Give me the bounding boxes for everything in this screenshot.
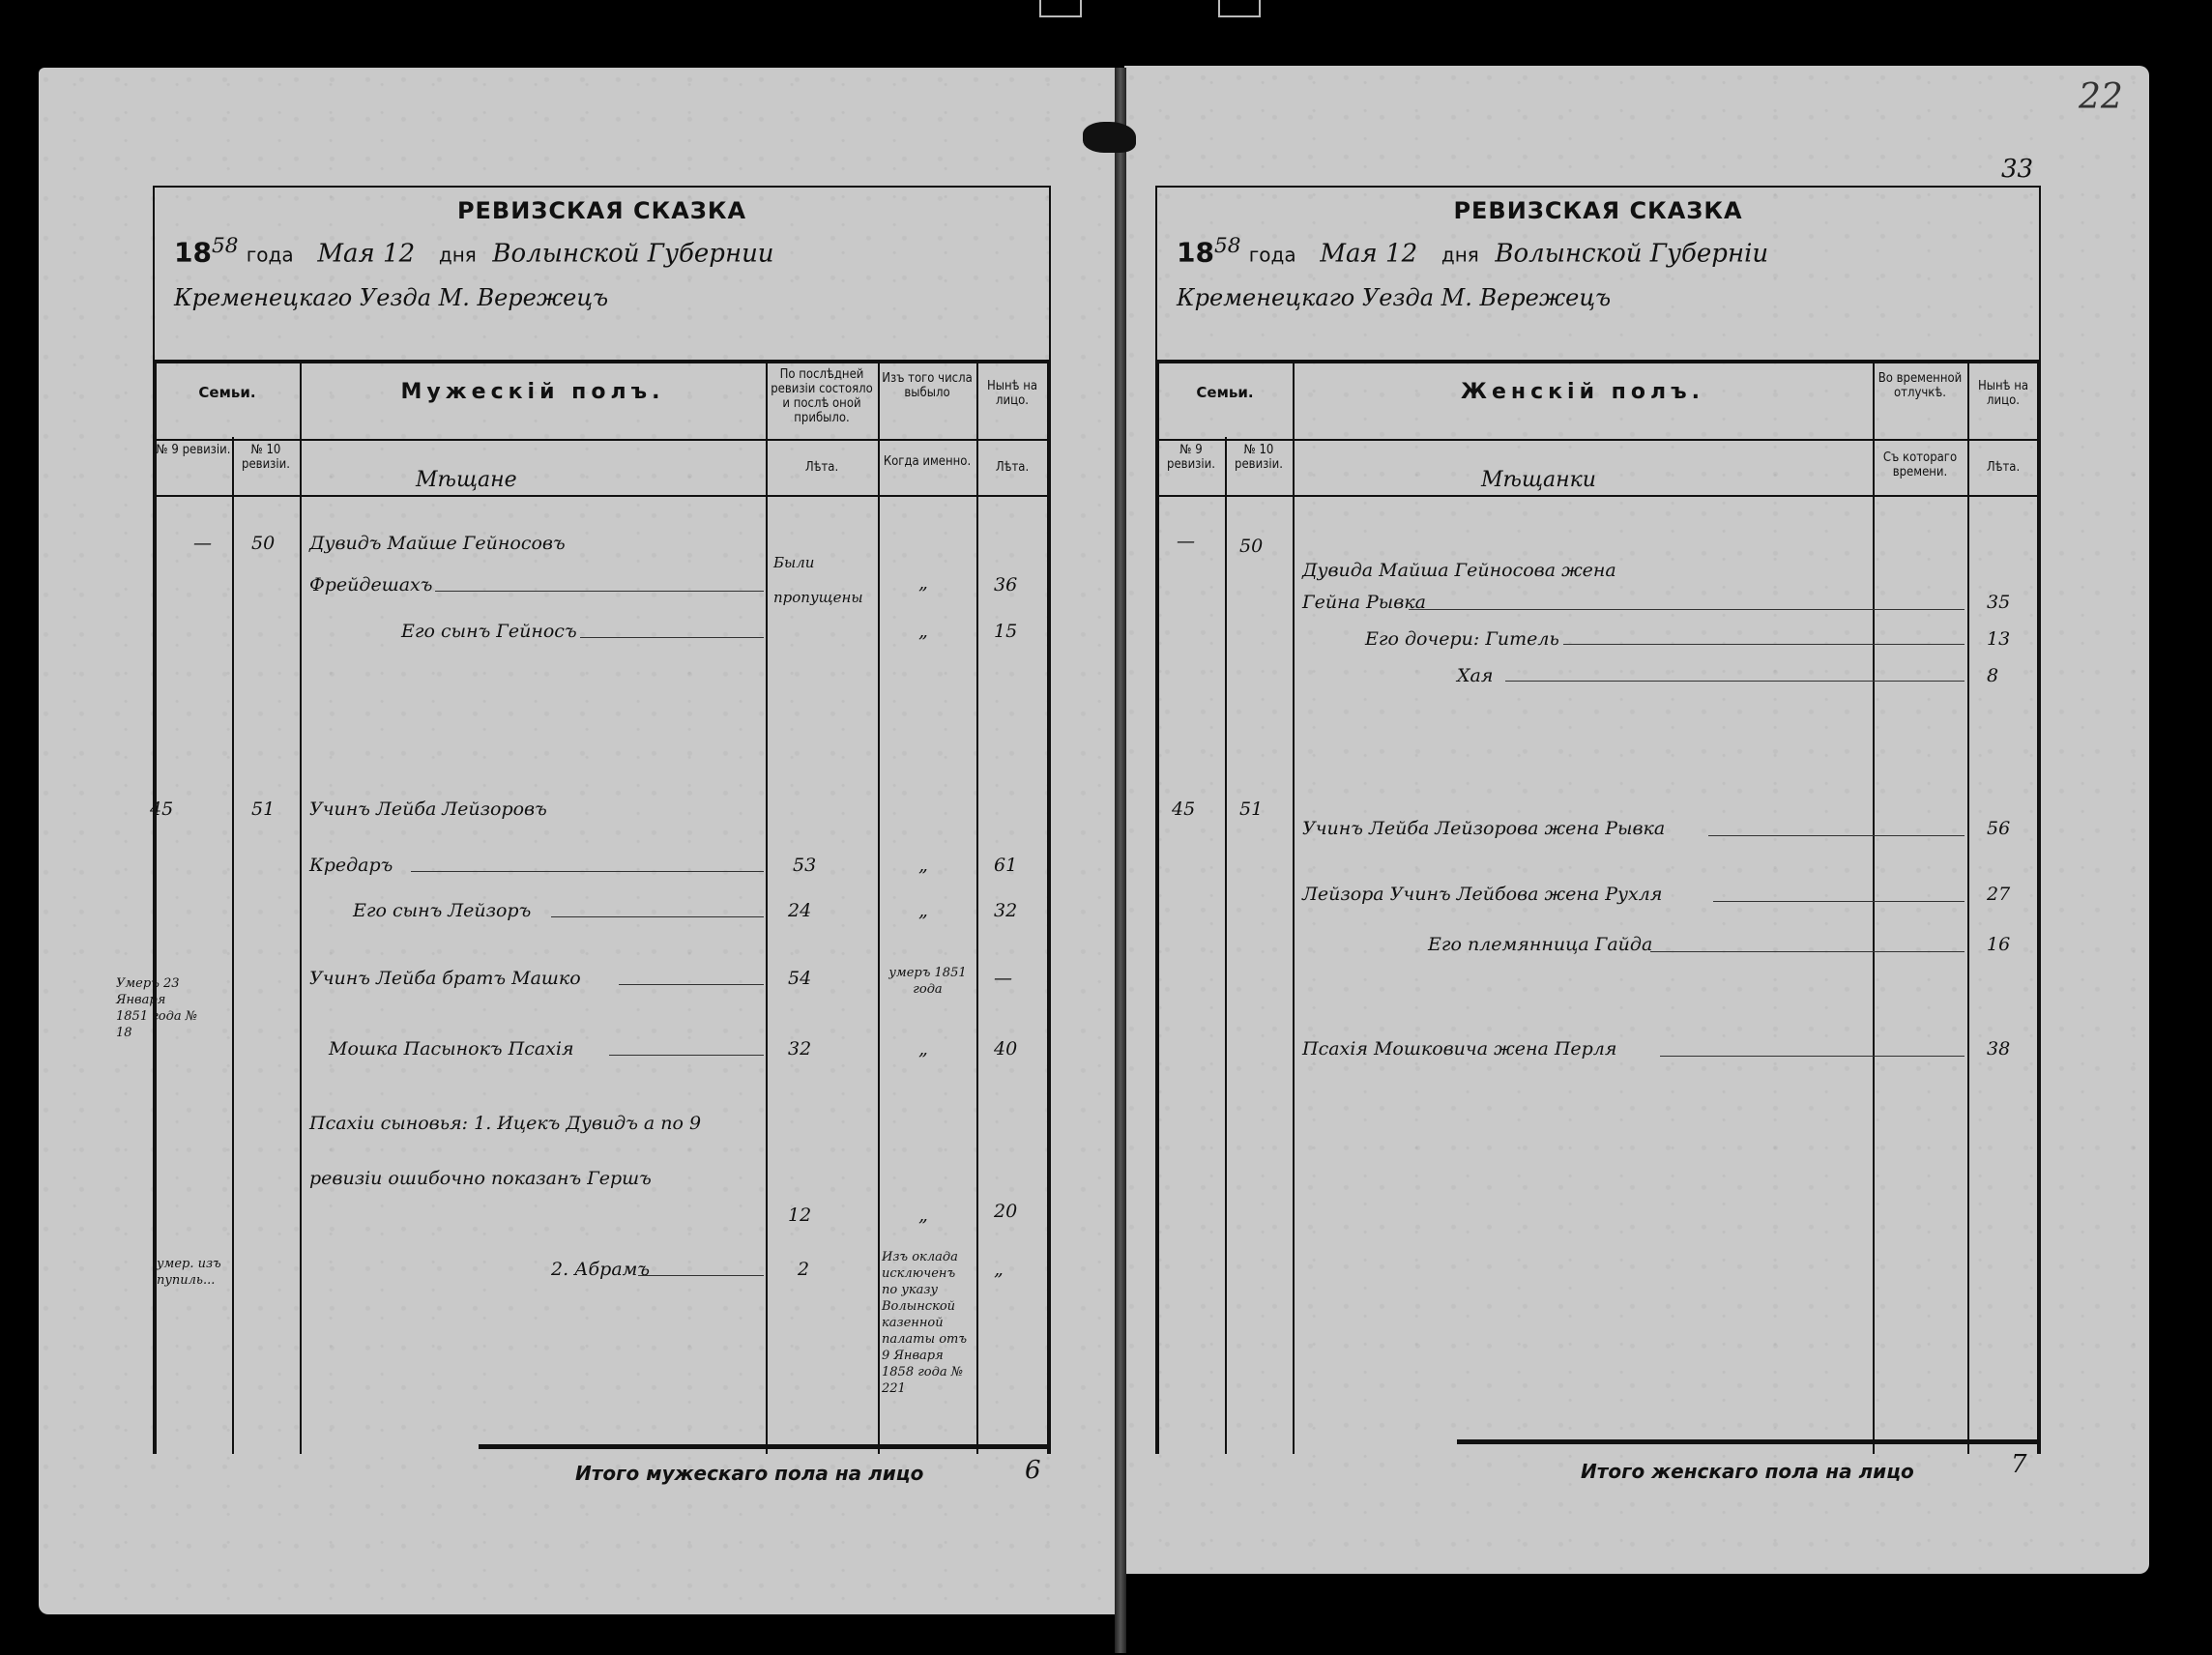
rev10-value: 50 <box>251 533 275 554</box>
when-note: умеръ 1851 года <box>882 965 974 998</box>
female-total-value: 7 <box>2011 1450 2027 1479</box>
date-line: 1858 года Мая 12 дня Волынской Губернии <box>174 234 774 269</box>
place-line: Кременецкаго Уезда М. Вережецъ <box>174 284 608 311</box>
male-form: РЕВИЗСКАЯ СКАЗКА 1858 года Мая 12 дня Во… <box>153 186 1051 1454</box>
present-value: 15 <box>994 621 1017 642</box>
form-title: РЕВИЗСКАЯ СКАЗКА <box>155 197 1049 224</box>
present-value: 40 <box>994 1038 1017 1060</box>
present-value: — <box>994 968 1012 989</box>
rev9-value: — <box>1177 531 1195 552</box>
section-header: Женскій полъ. <box>1293 385 1873 399</box>
present-value: 35 <box>1987 592 2010 613</box>
male-total-label: Итого мужескаго пола на лицо <box>575 1462 923 1485</box>
years-value: 2 <box>798 1259 809 1280</box>
folio-stamp: 22 <box>2079 77 2123 117</box>
years2-header: Лѣта. <box>978 460 1046 475</box>
entry-name: Дувидъ Майше Гейносовъ <box>309 533 566 554</box>
entry-name: Лейзора Учинъ Лейбова жена Рухля <box>1302 884 1662 905</box>
years-header: Лѣта. <box>1969 460 2037 475</box>
since-header: Съ котораго времени. <box>1875 450 1965 479</box>
when-value: „ <box>918 855 928 876</box>
present-value: 32 <box>994 900 1017 921</box>
margin-note: умер. изъ пупиль... <box>157 1256 229 1289</box>
present-value: 13 <box>1987 628 2010 650</box>
col-present-header: Нынѣ на лицо. <box>978 379 1046 408</box>
estate-label: Мѣщанки <box>1481 468 1596 492</box>
present-value: 27 <box>1987 884 2010 905</box>
estate-label: Мѣщане <box>416 468 517 492</box>
entry-name: Его племянница Гайда <box>1428 934 1652 955</box>
entry-name: Его дочери: Гитель <box>1365 628 1559 650</box>
when-note: Изъ оклада исключенъ по указу Волынской … <box>882 1249 974 1397</box>
when-value: „ <box>918 572 928 594</box>
years-value: 32 <box>788 1038 811 1060</box>
years-header: Лѣта. <box>768 460 876 475</box>
entry-name: 2. Абрамъ <box>551 1259 650 1280</box>
present-value: 36 <box>994 574 1017 595</box>
col-departed-header: Изъ того числа выбыло <box>880 371 975 400</box>
entry-name: Его сынъ Лейзоръ <box>353 900 531 921</box>
section-header: Мужескій полъ. <box>300 385 766 399</box>
margin-note: Умеръ 23 Января 1851 года № 18 <box>116 975 198 1041</box>
rev9-header: № 9 ревизіи. <box>155 443 232 457</box>
entry-name: Мошка Пасынокъ Псахія <box>329 1038 574 1060</box>
place-line: Кременецкаго Уезда М. Вережецъ <box>1177 284 1611 311</box>
entry-name: Учинъ Лейба Лейзорова жена Рывка <box>1302 818 1665 839</box>
entry-name: Псахія Мошковича жена Перля <box>1302 1038 1617 1060</box>
families-header: Семьи. <box>1157 386 1293 400</box>
rev10-value: 51 <box>251 798 275 820</box>
present-value: 20 <box>994 1201 1017 1222</box>
rev10-value: 51 <box>1239 798 1263 820</box>
entry-name: Учинъ Лейба братъ Машко <box>309 968 581 989</box>
col-present-header: Нынѣ на лицо. <box>1969 379 2037 408</box>
rev9-value: 45 <box>1172 798 1195 820</box>
col-last-revision-header: По послѣдней ревизіи состояло и послѣ он… <box>768 367 876 425</box>
rev9-value: 45 <box>150 798 173 820</box>
entry-name: Фрейдешахъ <box>309 574 432 595</box>
entry-name: Его сынъ Гейносъ <box>401 621 577 642</box>
present-value: 16 <box>1987 934 2010 955</box>
total-rule <box>1457 1439 2039 1444</box>
years-value: 53 <box>793 855 816 876</box>
when-value: „ <box>918 621 928 642</box>
years-value: 24 <box>788 900 811 921</box>
female-form: РЕВИЗСКАЯ СКАЗКА 1858 года Мая 12 дня Во… <box>1155 186 2041 1454</box>
rev9-header: № 9 ревизіи. <box>1157 443 1225 472</box>
entry-note: Были пропущены <box>773 545 841 615</box>
male-total-value: 6 <box>1025 1456 1041 1485</box>
when-header: Когда именно. <box>880 454 975 469</box>
entry-name: Псахіи сыновья: 1. Ицекъ Дувидъ а по 9 р… <box>309 1096 764 1206</box>
binding-staple <box>1083 122 1136 153</box>
present-value: 8 <box>1987 665 1998 686</box>
entry-name: Гейна Рывка <box>1302 592 1426 613</box>
entry-name: Учинъ Лейба Лейзоровъ <box>309 798 547 820</box>
entry-name: Кредаръ <box>309 855 393 876</box>
present-value: 61 <box>994 855 1017 876</box>
col-absent-header: Во временной отлучкѣ. <box>1875 371 1965 400</box>
entry-name: Хая <box>1457 665 1493 686</box>
present-value: 38 <box>1987 1038 2010 1060</box>
when-value: „ <box>918 1038 928 1060</box>
rev10-value: 50 <box>1239 536 1263 557</box>
families-header: Семьи. <box>155 386 300 400</box>
when-value: „ <box>918 1205 928 1226</box>
rev10-header: № 10 ревизіи. <box>232 443 300 472</box>
entry-name: Дувида Майша Гейносова жена <box>1302 560 1616 581</box>
years-value: 12 <box>788 1205 811 1226</box>
present-value: „ <box>994 1259 1004 1280</box>
book-spine <box>1115 68 1126 1653</box>
when-value: „ <box>918 900 928 921</box>
form-title: РЕВИЗСКАЯ СКАЗКА <box>1157 197 2039 224</box>
rev10-header: № 10 ревизіи. <box>1225 443 1293 472</box>
total-rule <box>479 1444 1049 1449</box>
folio-page-number: 33 <box>2001 155 2033 184</box>
years-value: 54 <box>788 968 811 989</box>
present-value: 56 <box>1987 818 2010 839</box>
female-total-label: Итого женскаго пола на лицо <box>1581 1460 1914 1483</box>
date-line: 1858 года Мая 12 дня Волынской Губерніи <box>1177 234 1768 269</box>
rev9-value: — <box>193 533 212 554</box>
